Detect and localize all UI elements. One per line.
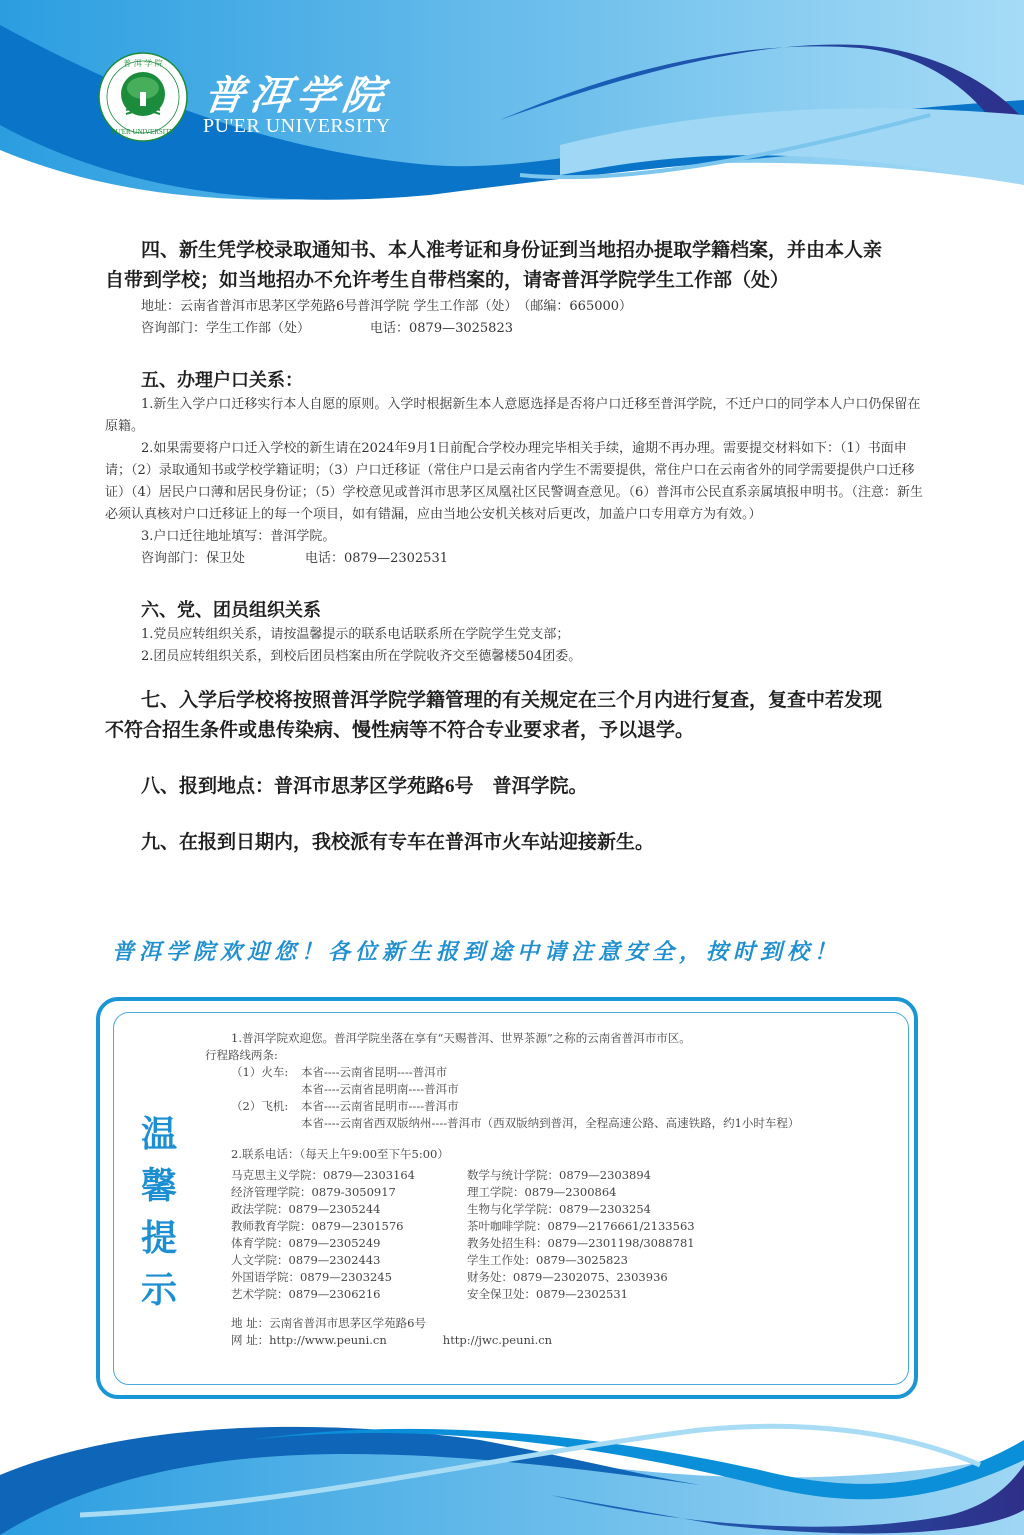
route-train-line: 本省----云南省昆明----普洱市 bbox=[301, 1064, 459, 1081]
brand-name-english: PU'ER UNIVERSITY bbox=[203, 115, 391, 138]
contact-item: 马克思主义学院：0879—2303164 bbox=[231, 1167, 467, 1184]
notice-content: 四、新生凭学校录取通知书、本人准考证和身份证到当地招办提取学籍档案，并由本人亲 … bbox=[105, 236, 925, 858]
contact-item: 数学与统计学院：0879—2303894 bbox=[467, 1167, 767, 1184]
tips-title-char: 温 bbox=[136, 1108, 182, 1160]
contact-item: 教务处招生科：0879—2301198/3088781 bbox=[467, 1235, 767, 1252]
section-8-location: 八、报到地点：普洱市思茅区学苑路6号 普洱学院。 bbox=[105, 772, 925, 802]
section-5: 五、办理户口关系： 1.新生入学户口迁移实行本人自愿的原则。入学时根据新生本人意… bbox=[105, 366, 925, 570]
svg-text:普 洱 学 院: 普 洱 学 院 bbox=[123, 58, 163, 68]
contact-item: 生物与化学学院：0879—2303254 bbox=[467, 1201, 767, 1218]
contact-item: 外国语学院：0879—2303245 bbox=[231, 1269, 467, 1286]
svg-text:PU'ER UNIVERSITY: PU'ER UNIVERSITY bbox=[112, 128, 175, 136]
route-plane-line: 本省----云南省昆明市----普洱市 bbox=[301, 1098, 799, 1115]
section-5-title: 五、办理户口关系： bbox=[105, 366, 925, 394]
section-4-title-line2: 自带到学校；如当地招办不允许考生自带档案的，请寄普洱学院学生工作部（处） bbox=[105, 266, 925, 296]
route-train-label: （1）火车: bbox=[231, 1064, 301, 1098]
route-train: （1）火车: 本省----云南省昆明----普洱市 本省----云南省昆明南--… bbox=[205, 1064, 895, 1098]
tips-contact-title: 2.联系电话：（每天上午9:00至下午5:00） bbox=[205, 1146, 895, 1163]
contact-item: 安全保卫处：0879—2302531 bbox=[467, 1286, 767, 1303]
section-7: 七、入学后学校将按照普洱学院学籍管理的有关规定在三个月内进行复查，复查中若发现 … bbox=[105, 686, 925, 746]
tips-body: 1.普洱学院欢迎您。普洱学院坐落在享有“天赐普洱、世界茶源”之称的云南省普洱市市… bbox=[205, 1030, 895, 1349]
website-link-main[interactable]: 网 址：http://www.peuni.cn bbox=[231, 1333, 387, 1347]
tips-intro: 1.普洱学院欢迎您。普洱学院坐落在享有“天赐普洱、世界茶源”之称的云南省普洱市市… bbox=[205, 1030, 895, 1047]
section-5-para-1: 1.新生入学户口迁移实行本人自愿的原则。入学时根据新生本人意愿选择是否将户口迁移… bbox=[105, 394, 925, 438]
route-plane-line: 本省----云南省西双版纳州----普洱市（西双版纳到普洱，全程高速公路、高速铁… bbox=[301, 1115, 799, 1132]
contact-item: 艺术学院：0879—2306216 bbox=[231, 1286, 467, 1303]
section-5-para-3: 3.户口迁往地址填写：普洱学院。 bbox=[105, 526, 925, 548]
route-plane: （2）飞机: 本省----云南省昆明市----普洱市 本省----云南省西双版纳… bbox=[205, 1098, 895, 1132]
section-4-title-line1: 四、新生凭学校录取通知书、本人准考证和身份证到当地招办提取学籍档案，并由本人亲 bbox=[105, 236, 925, 266]
contact-item: 体育学院：0879—2305249 bbox=[231, 1235, 467, 1252]
section-4-consult-dept: 咨询部门：学生工作部（处） bbox=[141, 321, 310, 336]
tips-title-char: 示 bbox=[136, 1264, 182, 1316]
section-6-title: 六、党、团员组织关系 bbox=[105, 596, 925, 624]
section-6-para-1: 1.党员应转组织关系，请按温馨提示的联系电话联系所在学院学生党支部； bbox=[105, 624, 925, 646]
contact-item: 经济管理学院：0879-3050917 bbox=[231, 1184, 467, 1201]
section-6-para-2: 2.团员应转组织关系，到校后团员档案由所在学院收齐交至德馨楼504团委。 bbox=[105, 646, 925, 668]
website-link-jwc[interactable]: http://jwc.peuni.cn bbox=[443, 1332, 552, 1349]
contact-item: 学生工作处：0879—3025823 bbox=[467, 1252, 767, 1269]
section-4: 四、新生凭学校录取通知书、本人准考证和身份证到当地招办提取学籍档案，并由本人亲 … bbox=[105, 236, 925, 340]
university-emblem-icon: 普 洱 学 院 PU'ER UNIVERSITY bbox=[98, 52, 188, 142]
footer-wave-banner bbox=[0, 1415, 1024, 1535]
tips-title-char: 馨 bbox=[136, 1160, 182, 1212]
section-4-phone: 电话：0879—3025823 bbox=[370, 321, 513, 336]
contact-item: 理工学院：0879—2300864 bbox=[467, 1184, 767, 1201]
route-train-line: 本省----云南省昆明南----普洱市 bbox=[301, 1081, 459, 1098]
section-4-contact: 咨询部门：学生工作部（处）电话：0879—3025823 bbox=[105, 318, 925, 340]
section-4-address: 地址：云南省普洱市思茅区学苑路6号普洱学院 学生工作部（处） （邮编：66500… bbox=[105, 296, 925, 318]
contact-item: 茶叶咖啡学院：0879—2176661/2133563 bbox=[467, 1218, 767, 1235]
route-plane-label: （2）飞机: bbox=[231, 1098, 301, 1132]
contact-item: 人文学院：0879—2302443 bbox=[231, 1252, 467, 1269]
section-5-phone: 电话：0879—2302531 bbox=[305, 551, 448, 566]
welcome-slogan: 普洱学院欢迎您！各位新生报到途中请注意安全，按时到校！ bbox=[112, 935, 912, 966]
contact-item: 政法学院：0879—2305244 bbox=[231, 1201, 467, 1218]
contacts-grid: 马克思主义学院：0879—2303164 数学与统计学院：0879—230389… bbox=[205, 1167, 895, 1303]
tips-routes-title: 行程路线两条: bbox=[205, 1047, 895, 1064]
section-7-line1: 七、入学后学校将按照普洱学院学籍管理的有关规定在三个月内进行复查，复查中若发现 bbox=[105, 686, 925, 716]
tips-website-row: 网 址：http://www.peuni.cnhttp://jwc.peuni.… bbox=[205, 1332, 895, 1349]
section-6: 六、党、团员组织关系 1.党员应转组织关系，请按温馨提示的联系电话联系所在学院学… bbox=[105, 596, 925, 668]
section-5-contact: 咨询部门：保卫处电话：0879—2302531 bbox=[105, 548, 925, 570]
contact-item: 财务处：0879—2302075、2303936 bbox=[467, 1269, 767, 1286]
tips-address: 地 址：云南省普洱市思茅区学苑路6号 bbox=[205, 1315, 895, 1332]
brand-name-chinese: 普洱学院 bbox=[201, 64, 393, 121]
tips-vertical-title: 温 馨 提 示 bbox=[136, 1108, 182, 1316]
tips-title-char: 提 bbox=[136, 1212, 182, 1264]
contact-item: 教师教育学院：0879—2301576 bbox=[231, 1218, 467, 1235]
section-7-line2: 不符合招生条件或患传染病、慢性病等不符合专业要求者，予以退学。 bbox=[105, 716, 925, 746]
section-5-para-2: 2.如果需要将户口迁入学校的新生请在2024年9月1日前配合学校办理完毕相关手续… bbox=[105, 438, 925, 526]
section-9-pickup: 九、在报到日期内，我校派有专车在普洱市火车站迎接新生。 bbox=[105, 828, 925, 858]
section-5-consult-dept: 咨询部门：保卫处 bbox=[141, 551, 245, 566]
